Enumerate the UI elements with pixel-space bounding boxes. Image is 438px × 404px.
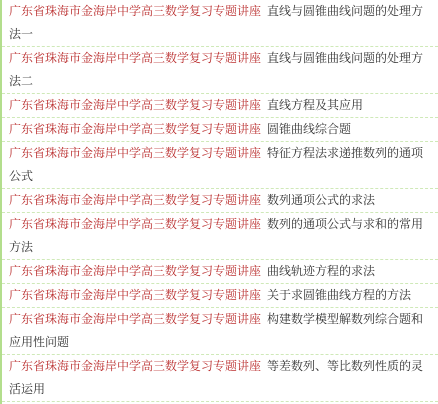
document-link[interactable]: 广东省珠海市金海岸中学高三数学复习专题讲座圆锥曲线综合题: [9, 118, 432, 141]
document-topic-title: 关于求圆锥曲线方程的方法: [267, 288, 411, 302]
document-link[interactable]: 广东省珠海市金海岸中学高三数学复习专题讲座关于求圆锥曲线方程的方法: [9, 284, 432, 307]
document-link[interactable]: 广东省珠海市金海岸中学高三数学复习专题讲座数列的通项公式与求和的常用方法: [9, 213, 432, 259]
document-link[interactable]: 广东省珠海市金海岸中学高三数学复习专题讲座构建数学模型解数列综合题和应用性问题: [9, 308, 432, 354]
highlighted-keyword-prefix: 广东省珠海市金海岸中学高三数学复习专题讲座: [9, 288, 261, 302]
document-link[interactable]: 广东省珠海市金海岸中学高三数学复习专题讲座特征方程法求递推数列的通项公式: [9, 142, 432, 188]
highlighted-keyword-prefix: 广东省珠海市金海岸中学高三数学复习专题讲座: [9, 264, 261, 278]
highlighted-keyword-prefix: 广东省珠海市金海岸中学高三数学复习专题讲座: [9, 51, 261, 65]
highlighted-keyword-prefix: 广东省珠海市金海岸中学高三数学复习专题讲座: [9, 359, 261, 373]
highlighted-keyword-prefix: 广东省珠海市金海岸中学高三数学复习专题讲座: [9, 193, 261, 207]
document-topic-title: 圆锥曲线综合题: [267, 122, 351, 136]
list-item: 广东省珠海市金海岸中学高三数学复习专题讲座等差数列、等比数列性质的灵活运用: [2, 355, 438, 402]
list-item: 广东省珠海市金海岸中学高三数学复习专题讲座直线方程及其应用: [2, 94, 438, 118]
list-item: 广东省珠海市金海岸中学高三数学复习专题讲座圆锥曲线综合题: [2, 118, 438, 142]
list-item: 广东省珠海市金海岸中学高三数学复习专题讲座直线与圆锥曲线问题的处理方法一: [2, 0, 438, 47]
results-page: 广东省珠海市金海岸中学高三数学复习专题讲座直线与圆锥曲线问题的处理方法一 广东省…: [0, 0, 438, 404]
document-result-list: 广东省珠海市金海岸中学高三数学复习专题讲座直线与圆锥曲线问题的处理方法一 广东省…: [2, 0, 438, 402]
document-topic-title: 数列通项公式的求法: [267, 193, 375, 207]
highlighted-keyword-prefix: 广东省珠海市金海岸中学高三数学复习专题讲座: [9, 217, 261, 231]
document-topic-title: 曲线轨迹方程的求法: [267, 264, 375, 278]
list-item: 广东省珠海市金海岸中学高三数学复习专题讲座构建数学模型解数列综合题和应用性问题: [2, 308, 438, 355]
highlighted-keyword-prefix: 广东省珠海市金海岸中学高三数学复习专题讲座: [9, 312, 261, 326]
document-topic-title: 直线方程及其应用: [267, 98, 363, 112]
highlighted-keyword-prefix: 广东省珠海市金海岸中学高三数学复习专题讲座: [9, 98, 261, 112]
list-item: 广东省珠海市金海岸中学高三数学复习专题讲座关于求圆锥曲线方程的方法: [2, 284, 438, 308]
list-item: 广东省珠海市金海岸中学高三数学复习专题讲座特征方程法求递推数列的通项公式: [2, 142, 438, 189]
list-item: 广东省珠海市金海岸中学高三数学复习专题讲座直线与圆锥曲线问题的处理方法二: [2, 47, 438, 94]
list-item: 广东省珠海市金海岸中学高三数学复习专题讲座数列通项公式的求法: [2, 189, 438, 213]
list-item: 广东省珠海市金海岸中学高三数学复习专题讲座数列的通项公式与求和的常用方法: [2, 213, 438, 260]
highlighted-keyword-prefix: 广东省珠海市金海岸中学高三数学复习专题讲座: [9, 122, 261, 136]
document-link[interactable]: 广东省珠海市金海岸中学高三数学复习专题讲座数列通项公式的求法: [9, 189, 432, 212]
highlighted-keyword-prefix: 广东省珠海市金海岸中学高三数学复习专题讲座: [9, 146, 261, 160]
document-link[interactable]: 广东省珠海市金海岸中学高三数学复习专题讲座直线方程及其应用: [9, 94, 432, 117]
highlighted-keyword-prefix: 广东省珠海市金海岸中学高三数学复习专题讲座: [9, 4, 261, 18]
document-link[interactable]: 广东省珠海市金海岸中学高三数学复习专题讲座直线与圆锥曲线问题的处理方法二: [9, 47, 432, 93]
document-link[interactable]: 广东省珠海市金海岸中学高三数学复习专题讲座直线与圆锥曲线问题的处理方法一: [9, 0, 432, 46]
document-link[interactable]: 广东省珠海市金海岸中学高三数学复习专题讲座等差数列、等比数列性质的灵活运用: [9, 355, 432, 401]
document-link[interactable]: 广东省珠海市金海岸中学高三数学复习专题讲座曲线轨迹方程的求法: [9, 260, 432, 283]
list-item: 广东省珠海市金海岸中学高三数学复习专题讲座曲线轨迹方程的求法: [2, 260, 438, 284]
